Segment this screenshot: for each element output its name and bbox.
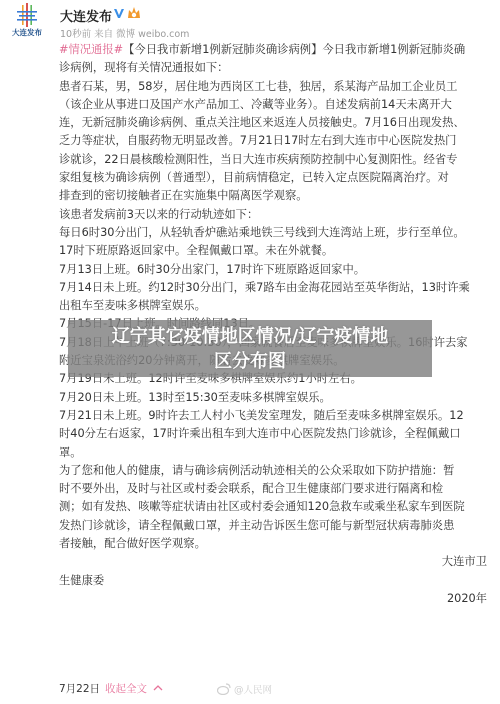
signature-year: 2020年	[59, 590, 499, 608]
weibo-logo-icon	[217, 683, 231, 695]
post-line: 患者石某，男，58岁，居住地为西岗区工七巷，独居，系某海产品加工企业员工	[59, 78, 499, 96]
post-line: 该患者发病前3天以来的行动轨迹如下：	[59, 206, 499, 224]
post-header: 大连发布 大连发布 10秒前 来自 微博 weibo.com	[0, 0, 500, 40]
signature-line: 大连市卫	[59, 553, 499, 571]
post-line: 罩。	[59, 444, 499, 462]
post-line: 排查到的密切接触者正在实施集中隔离医学观察。	[59, 187, 499, 205]
post-line: 每日6时30分出门，从轻轨香炉礁站乘地铁三号线到大连湾站上班，步行至单位。	[59, 224, 499, 242]
post-line: 连，无新冠肺炎确诊病例、重点关注地区来返连人员接触史。7月16日出现发热、	[59, 114, 499, 132]
post-line: #情况通报#【今日我市新增1例新冠肺炎确诊病例】今日我市新增1例新冠肺炎确	[59, 41, 499, 59]
post-line: （该企业从事进口及国产水产品加工、冷藏等业务）。自述发病前14天未离开大	[59, 96, 499, 114]
hashtag-link[interactable]: #情况通报#	[59, 43, 123, 56]
post-line: 者接触，配合做好医学观察。	[59, 535, 499, 553]
post-line: 7月21日未上班。9时许去工人村小飞美发室理发，随后至麦味多棋牌室娱乐。12	[59, 407, 499, 425]
member-badge-icon	[127, 6, 141, 19]
verified-v-icon	[113, 7, 125, 19]
overlay-title-line2: 区分布图	[68, 349, 432, 374]
post-line: 诊病例，现将有关情况通报如下：	[59, 59, 499, 77]
post-line: 测；如有发热、咳嗽等症状请由社区或村委会通知120急救车或乘坐私家车到医院	[59, 498, 499, 516]
collapse-full-text-link[interactable]: 收起全文	[105, 681, 147, 696]
overlay-title-line1: 辽宁其它疫情地区情况/辽宁疫情地	[68, 320, 432, 349]
avatar[interactable]: 大连发布	[6, 2, 48, 40]
city-logo-icon	[17, 3, 37, 27]
overlay-title-banner: 辽宁其它疫情地区情况/辽宁疫情地 区分布图	[68, 320, 432, 377]
post-meta: 10秒前 来自 微博 weibo.com	[60, 26, 189, 40]
post-line: 7月14日未上班。约12时30分出门，乘7路车由金海花园站至英华街站，13时许乘	[59, 279, 499, 297]
post-line: 时40分左右返家，17时许乘出租车到大连市中心医院发热门诊就诊，全程佩戴口	[59, 425, 499, 443]
signature-line: 生健康委	[59, 572, 499, 590]
watermark: @人民网	[217, 682, 272, 696]
post-line: 7月20日未上班。13时至15:30至麦味多棋牌室娱乐。	[59, 389, 499, 407]
author-name[interactable]: 大连发布	[60, 6, 112, 25]
post-line: 为了您和他人的健康，请与确诊病例活动轨迹相关的公众采取如下防护措施：暂	[59, 462, 499, 480]
post-footer: 7月22日 收起全文 @人民网	[59, 680, 163, 696]
post-line: 17时下班原路返回家中。全程佩戴口罩。未在外就餐。	[59, 242, 499, 260]
post-line: 时不要外出，及时与社区或村委会联系，配合卫生健康部门要求进行隔离和检	[59, 480, 499, 498]
post-date: 7月22日	[59, 681, 100, 696]
avatar-logo-text: 大连发布	[6, 27, 48, 38]
post-line: 乏力等症状，自服药物无明显改善。7月21日17时左右到大连市中心医院发热门	[59, 132, 499, 150]
post-line: 家组复核为确诊病例（普通型），目前病情稳定，已转入定点医院隔离治疗。对	[59, 169, 499, 187]
chevron-up-icon[interactable]	[153, 684, 163, 692]
post-line: 7月13日上班。6时30分出家门，17时许下班原路返回家中。	[59, 261, 499, 279]
post-line: 发热门诊就诊，请全程佩戴口罩，并主动告诉医生您可能与新型冠状病毒肺炎患	[59, 517, 499, 535]
post-line: 出租车至麦味多棋牌室娱乐。	[59, 297, 499, 315]
post-line: 诊就诊，22日晨核酸检测阳性，当日大连市疾病预防控制中心复测阳性。经省专	[59, 151, 499, 169]
watermark-text: @人民网	[234, 682, 272, 696]
